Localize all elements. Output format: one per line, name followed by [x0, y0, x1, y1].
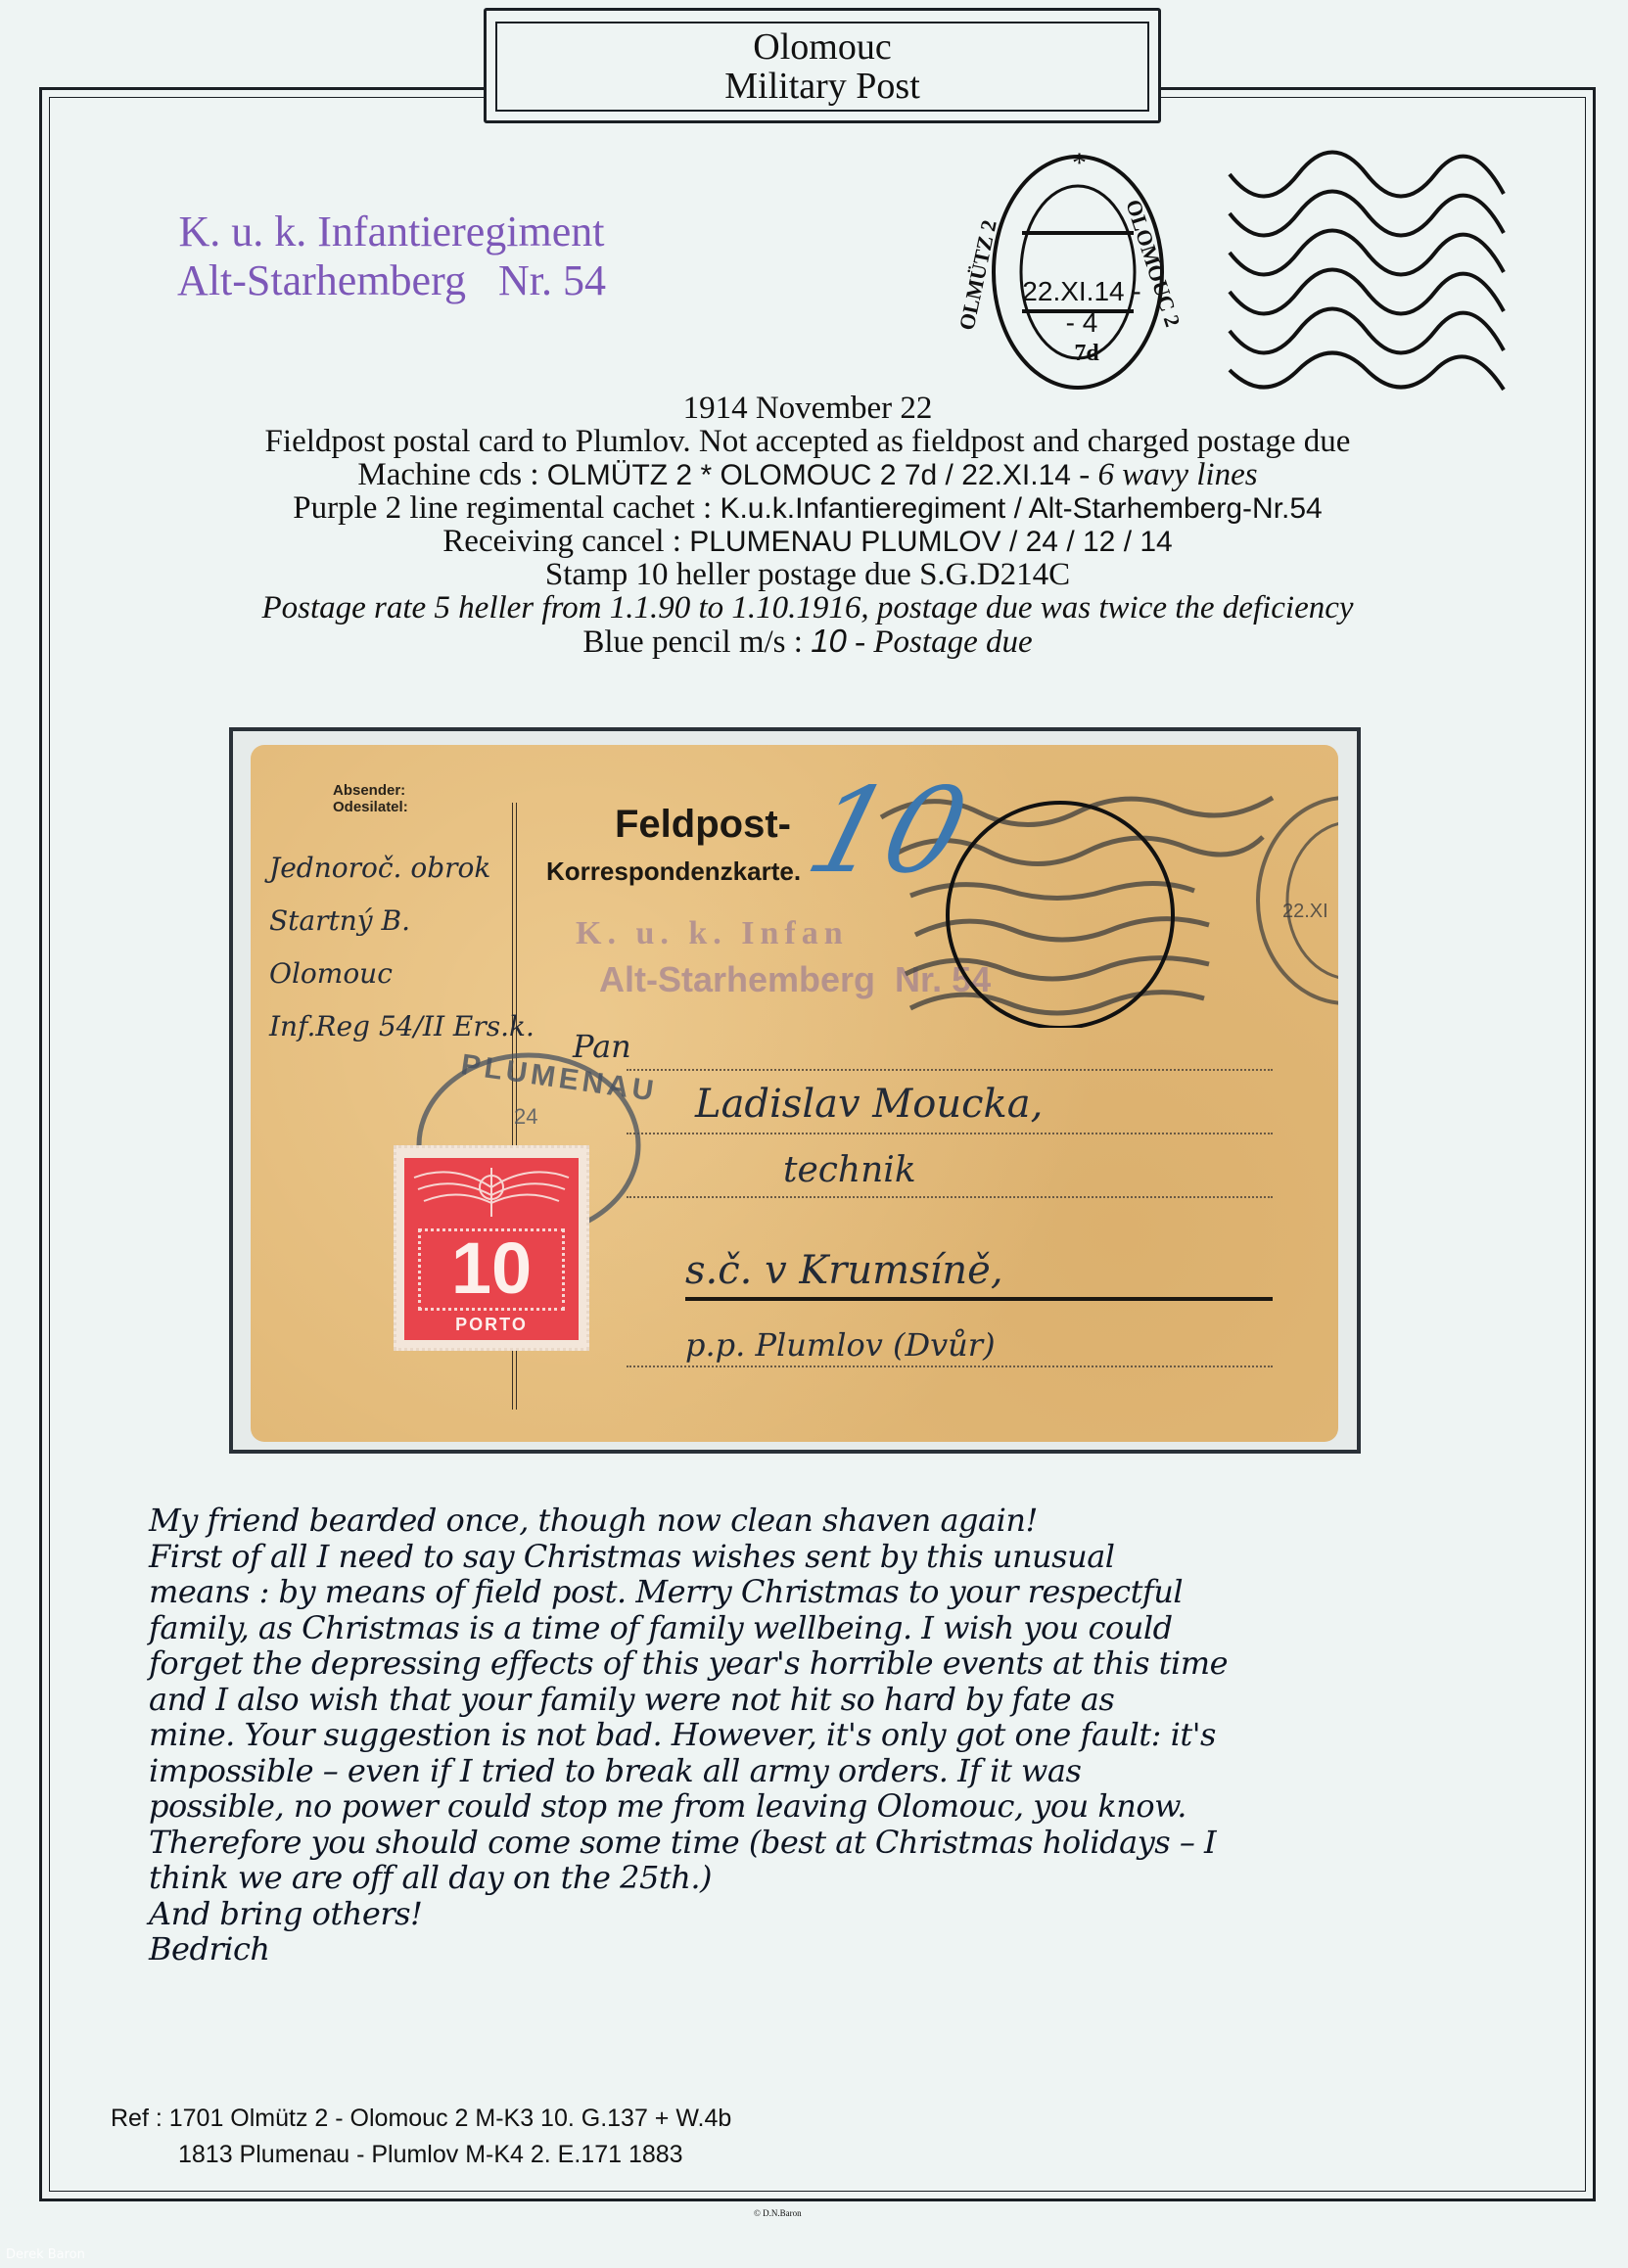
- sender-line: Startný B.: [269, 895, 535, 948]
- sender-line: Olomouc: [269, 948, 535, 1000]
- translation-line: family, as Christmas is a time of family…: [149, 1610, 1461, 1646]
- translation-line: Therefore you should come some time (bes…: [149, 1825, 1461, 1861]
- machine-cds-note: - 6 wavy lines: [1071, 457, 1258, 492]
- translation-line: First of all I need to say Christmas wis…: [149, 1539, 1461, 1575]
- description-line-6: Postage rate 5 heller from 1.1.90 to 1.1…: [117, 591, 1498, 625]
- postmark-date: 22.XI.14 -- 4: [1018, 276, 1145, 339]
- blue-pencil-note: - Postage due: [847, 625, 1033, 660]
- receiving-cancel-label: Receiving cancel :: [442, 524, 689, 559]
- description-line-1: Fieldpost postal card to Plumlov. Not ac…: [117, 425, 1498, 458]
- letter-translation: My friend bearded once, though now clean…: [149, 1503, 1461, 1967]
- address-line: [627, 1365, 1273, 1367]
- recipient-line: Ladislav Moucka,: [695, 1082, 1043, 1127]
- reference-line-1: Ref : 1701 Olmütz 2 - Olomouc 2 M-K3 10.…: [111, 2105, 731, 2132]
- receiving-cancel-value: PLUMENAU PLUMLOV / 24 / 12 / 14: [689, 526, 1173, 558]
- machine-postmark-icon: [959, 147, 1566, 401]
- cachet-line-1: K. u. k. Infantieregiment: [127, 208, 656, 255]
- description-line-4: Receiving cancel : PLUMENAU PLUMLOV / 24…: [117, 525, 1498, 559]
- stamp-value: 10: [404, 1227, 579, 1311]
- blue-pencil-label: Blue pencil m/s :: [582, 625, 811, 660]
- translation-line: and I also wish that your family were no…: [149, 1682, 1461, 1718]
- blue-pencil-value: 10: [811, 623, 847, 659]
- card-subtitle: Korrespondenzkarte.: [546, 856, 801, 887]
- translation-line: impossible – even if I tried to break al…: [149, 1753, 1461, 1789]
- copyright: © D.N.Baron: [754, 2208, 802, 2218]
- translation-line: think we are off all day on the 25th.): [149, 1860, 1461, 1896]
- description-date: 1914 November 22: [117, 392, 1498, 425]
- sender-label-cz: Odesilatel:: [333, 799, 408, 815]
- sender-line: Jednoroč. obrok: [269, 842, 535, 895]
- postage-due-stamp: 10 PORTO: [394, 1145, 589, 1351]
- translation-line: mine. Your suggestion is not bad. Howeve…: [149, 1717, 1461, 1753]
- description-line-2: Machine cds : OLMÜTZ 2 * OLOMOUC 2 7d / …: [117, 458, 1498, 492]
- page-subtitle: Military Post: [495, 67, 1149, 106]
- reference-line-2: 1813 Plumenau - Plumlov M-K4 2. E.171 18…: [178, 2141, 683, 2168]
- postmark-star: *: [1072, 147, 1087, 180]
- postmark-code: 7d: [1062, 341, 1111, 367]
- machine-cds-label: Machine cds :: [357, 457, 546, 492]
- translation-line: forget the depressing effects of this ye…: [149, 1645, 1461, 1682]
- stamp-face: 10 PORTO: [404, 1158, 579, 1340]
- recipient-line: s.č. v Krumsíně,: [685, 1248, 1003, 1293]
- translation-line: means : by means of field post. Merry Ch…: [149, 1574, 1461, 1610]
- sender-label-de: Absender:: [333, 783, 405, 799]
- description-line-3: Purple 2 line regimental cachet : K.u.k.…: [117, 491, 1498, 526]
- sender-line: Inf.Reg 54/II Ers.k.: [269, 1000, 535, 1053]
- address-underline: [685, 1297, 1273, 1301]
- translation-line: possible, no power could stop me from le…: [149, 1788, 1461, 1825]
- recipient-line: technik: [783, 1150, 916, 1190]
- description-line-5: Stamp 10 heller postage due S.G.D214C: [117, 558, 1498, 591]
- stamp-label: PORTO: [404, 1315, 579, 1335]
- description-line-7: Blue pencil m/s : 10 - Postage due: [117, 625, 1498, 659]
- card-title: Feldpost-: [615, 803, 791, 847]
- address-line: [627, 1133, 1273, 1134]
- eagle-icon: [404, 1158, 579, 1227]
- cachet-label: Purple 2 line regimental cachet :: [293, 490, 720, 526]
- recipient-line: p.p. Plumlov (Dvůr): [685, 1326, 996, 1364]
- receiving-cancel-date: 24: [514, 1104, 537, 1130]
- watermark: Derek Baron: [6, 2247, 85, 2262]
- sender-address: Jednoroč. obrok Startný B. Olomouc Inf.R…: [269, 842, 535, 1053]
- cachet-line-2: Alt-Starhemberg Nr. 54: [127, 257, 656, 304]
- translation-line: And bring others!: [149, 1896, 1461, 1932]
- translation-line: Bedrich: [149, 1931, 1461, 1967]
- cachet-value: K.u.k.Infantieregiment / Alt-Starhemberg…: [720, 492, 1322, 525]
- right-cancel-date: 22.XI: [1282, 901, 1328, 923]
- address-line: [627, 1196, 1273, 1198]
- machine-cds-value: OLMÜTZ 2 * OLOMOUC 2 7d / 22.XI.14: [547, 459, 1071, 491]
- page-title: Olomouc: [495, 27, 1149, 67]
- translation-line: My friend bearded once, though now clean…: [149, 1503, 1461, 1539]
- address-line: [627, 1069, 1273, 1071]
